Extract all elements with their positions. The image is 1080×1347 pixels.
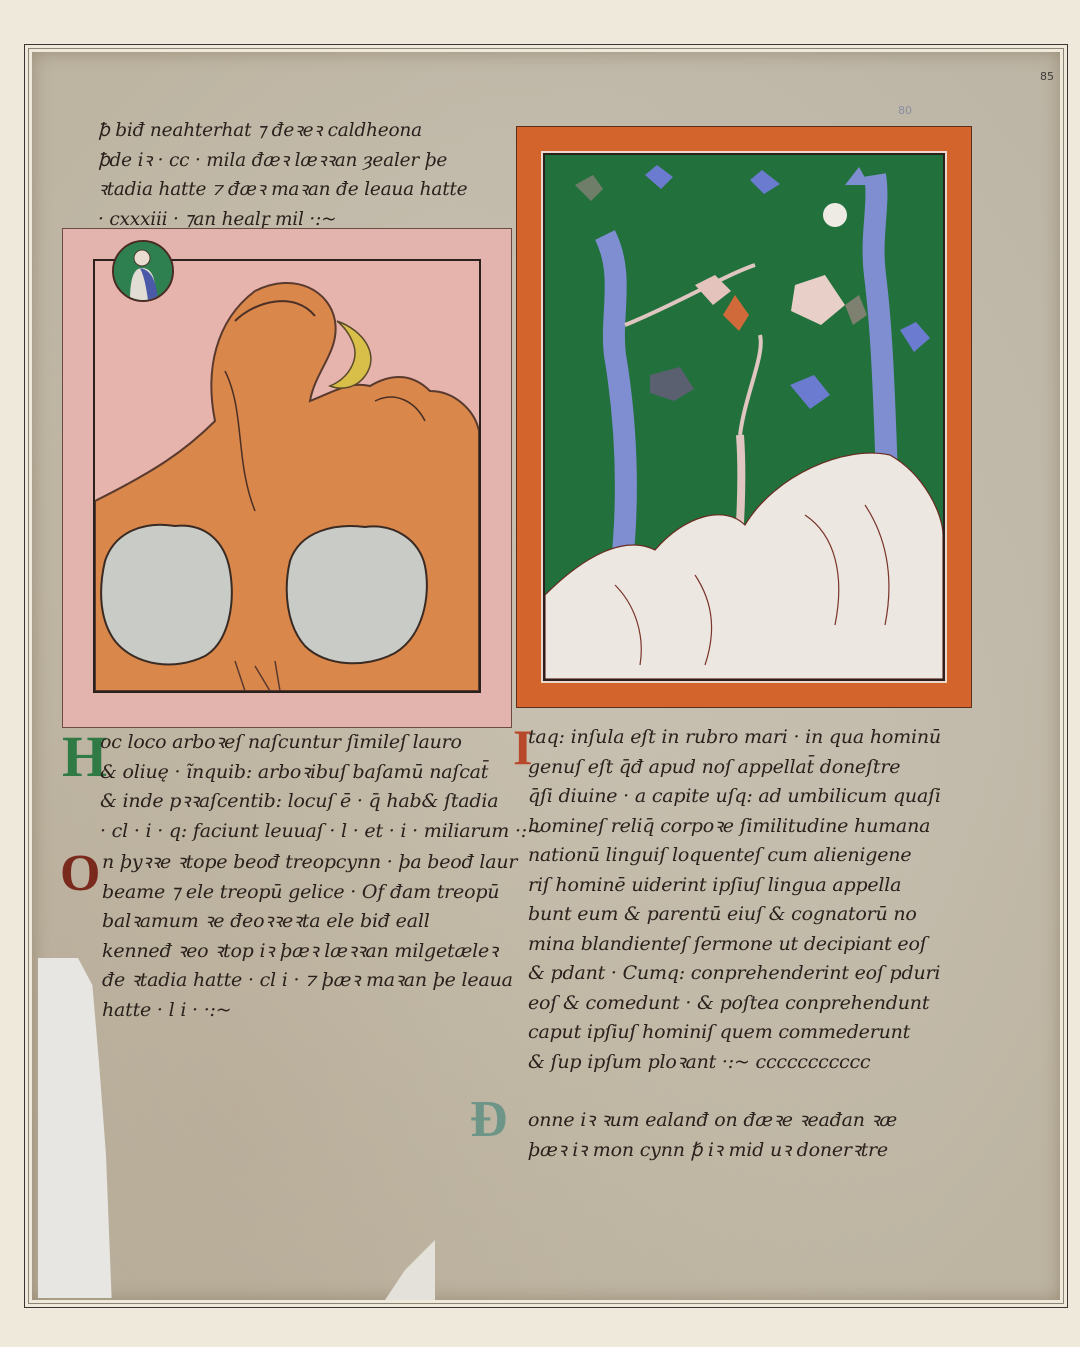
illustration-mountain xyxy=(62,228,512,728)
text-line: ꝥ biđ neahterhat ⁊ đeꝛeꝛ caldheona xyxy=(98,116,467,146)
trees-drawing xyxy=(545,155,943,679)
text-line: & inde pꝛꝛaſcentib: locuſ ē · q̄ hab& ſt… xyxy=(100,787,543,817)
illustration-trees xyxy=(516,126,972,708)
text-line: beame ⁊ ele treopū gelice · Of đam treop… xyxy=(102,878,517,908)
text-line: bunt eum & parentū eiuſ & cognatorū no xyxy=(528,900,941,930)
left-latin-text: oc loco arboꝛeſ naſcuntur ſimileſ lauro … xyxy=(100,728,543,846)
text-line: & oliuę · ĩnquib: arboꝛibuſ baſamū naſca… xyxy=(100,758,543,788)
text-line: homineſ reliq̄ corpoꝛe ſimilitudine huma… xyxy=(528,812,941,842)
text-line: genuſ eſt q̄đ apud noſ appellat̄ doneſtr… xyxy=(528,753,941,783)
right-old-english-text: onne iꝛ ꝛum ealanđ on đæꝛe ꝛeađan ꝛæ þæꝛ… xyxy=(528,1106,897,1165)
illustration-trees-panel xyxy=(543,153,945,681)
text-line: þæꝛ iꝛ mon cynn ꝥ iꝛ mid uꝛ donerꝛtre xyxy=(528,1136,897,1166)
text-line: riſ hominē uiderint ipſiuſ lingua appell… xyxy=(528,871,941,901)
text-line: nationū linguiſ loquenteſ cum alienigene xyxy=(528,841,941,871)
mountain-drawing xyxy=(95,261,479,691)
text-line: mina blandienteſ ſermone ut decipiant eo… xyxy=(528,930,941,960)
text-line: oc loco arboꝛeſ naſcuntur ſimileſ lauro xyxy=(100,728,543,758)
left-cave xyxy=(101,525,232,665)
text-line: · cl · i · q: faciunt leuuaſ · l · et · … xyxy=(100,817,543,847)
initial-o: O xyxy=(60,848,100,900)
initial-eth: Ð xyxy=(470,1094,508,1146)
text-line: ꝥde iꝛ · cc · mila đæꝛ læꝛꝛan ȝealer þe xyxy=(98,146,467,176)
folio-number: 85 xyxy=(1040,70,1054,83)
figure-in-roundel xyxy=(114,242,172,300)
left-old-english-text: n þyꝛꝛe ꝛtope beođ treopcynn · þa beođ l… xyxy=(102,848,517,1025)
text-line: taq: inſula eſt in rubro mari · in qua h… xyxy=(528,723,941,753)
text-line: đe ꝛtadia hatte · cl i · ⁊ þæꝛ maꝛan þe … xyxy=(102,966,517,996)
figure-roundel xyxy=(112,240,174,302)
text-line: eoſ & comedunt · & poſtea conprehendunt xyxy=(528,989,941,1019)
illustration-mountain-panel xyxy=(93,259,481,693)
text-line: ꝛtadia hatte ⁊ đæꝛ maꝛan đe leaua hatte xyxy=(98,175,467,205)
text-line: onne iꝛ ꝛum ealanđ on đæꝛe ꝛeađan ꝛæ xyxy=(528,1106,897,1136)
right-cave xyxy=(287,526,427,663)
text-line: n þyꝛꝛe ꝛtope beođ treopcynn · þa beođ l… xyxy=(102,848,517,878)
pencil-folio-number: 80 xyxy=(898,104,912,117)
text-line: kenneđ ꝛeo ꝛtop iꝛ þæꝛ læꝛꝛan milgetæleꝛ xyxy=(102,937,517,967)
text-line: caput ipſiuſ hominiſ quem commederunt xyxy=(528,1018,941,1048)
text-line: & pdant · Cumq: conprehenderint eoſ pdur… xyxy=(528,959,941,989)
text-line: hatte · l i · ·:~ xyxy=(102,996,517,1026)
text-line: & ſup ipſum ploꝛant ·:~ ccccccccccc xyxy=(528,1048,941,1078)
text-line: q̄ſi diuine · a capite uſq: ad umbilicum… xyxy=(528,782,941,812)
text-line: balꝛamum ꝛe đeoꝛꝛeꝛta ele biđ eall xyxy=(102,907,517,937)
right-latin-text: taq: inſula eſt in rubro mari · in qua h… xyxy=(528,723,941,1077)
top-text-block: ꝥ biđ neahterhat ⁊ đeꝛeꝛ caldheona ꝥde i… xyxy=(98,116,467,234)
